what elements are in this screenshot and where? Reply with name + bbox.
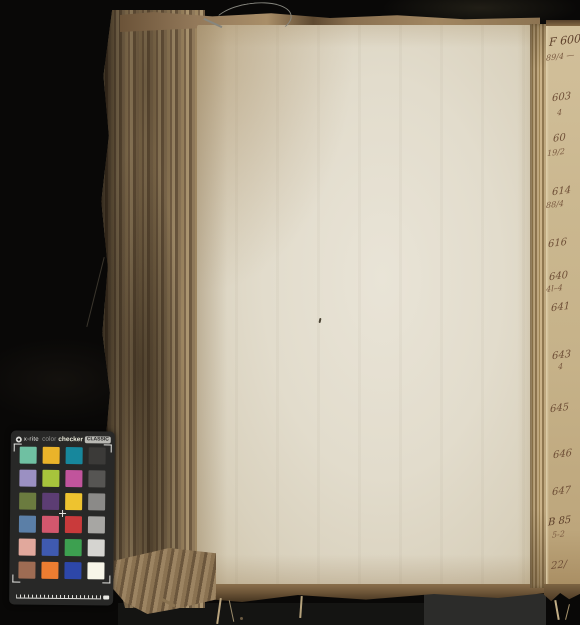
classic-badge: CLASSIC bbox=[85, 436, 111, 443]
color-swatch-dark-skin bbox=[18, 562, 35, 579]
handwritten-number: 4 bbox=[557, 108, 562, 118]
colorchecker-card: x-rite color checker CLASSIC bbox=[9, 430, 115, 605]
handwritten-number: 614 bbox=[552, 185, 571, 198]
photo-background: F 600 89/4 — 603 4 60 19/2 614 88/4 616 … bbox=[0, 0, 580, 625]
color-swatch-yellow bbox=[65, 493, 82, 510]
handwritten-number: 616 bbox=[548, 237, 567, 250]
color-swatch-bluish-green bbox=[20, 447, 37, 464]
color-swatch-magenta bbox=[65, 470, 82, 487]
handwritten-number: 22/ bbox=[551, 559, 567, 572]
color-swatch-foliage bbox=[19, 493, 36, 510]
handwritten-number: B 85 bbox=[548, 515, 571, 529]
handwritten-number: 647 bbox=[552, 485, 571, 498]
color-swatch-cyan bbox=[66, 447, 83, 464]
facing-page-torn-bottom bbox=[544, 584, 580, 602]
color-swatch-blue-sky bbox=[19, 516, 36, 533]
colorchecker-header: x-rite color checker CLASSIC bbox=[16, 434, 111, 446]
floor-patch bbox=[424, 594, 546, 625]
color-swatch-light-skin bbox=[19, 539, 36, 556]
color-swatch-green bbox=[65, 539, 82, 556]
ruler-end-label bbox=[103, 595, 109, 599]
facing-page-sliver: F 600 89/4 — 603 4 60 19/2 614 88/4 616 … bbox=[546, 26, 580, 586]
handwritten-number: 4l–4 bbox=[546, 283, 563, 294]
xrite-brand-text: x-rite bbox=[24, 436, 39, 442]
color-swatch-yellow-green bbox=[42, 470, 59, 487]
center-cross-marker bbox=[59, 510, 66, 517]
blank-book-page bbox=[197, 25, 534, 588]
color-swatch-neutral-8 bbox=[88, 539, 105, 556]
color-swatch-red bbox=[65, 516, 82, 533]
loose-thread bbox=[554, 600, 559, 620]
color-swatch-orange bbox=[41, 562, 58, 579]
handwritten-number: 60 bbox=[553, 132, 566, 145]
color-swatch-moderate-red bbox=[42, 516, 59, 533]
color-swatch-neutral-5 bbox=[88, 493, 105, 510]
xrite-logo: x-rite bbox=[16, 436, 39, 442]
handwritten-number: 640 bbox=[549, 270, 568, 283]
xrite-logo-icon bbox=[16, 436, 22, 442]
debris-speck bbox=[240, 617, 243, 620]
color-swatch-purplish-blue bbox=[42, 539, 59, 556]
loose-thread bbox=[565, 604, 570, 620]
color-swatch-black bbox=[89, 447, 106, 464]
color-swatch-orange-yellow bbox=[43, 447, 60, 464]
handwritten-number: 646 bbox=[553, 448, 572, 461]
handwritten-number: 645 bbox=[550, 402, 569, 415]
ruler-scale bbox=[16, 593, 101, 600]
wordmark-color: color bbox=[42, 436, 56, 443]
handwritten-number: 603 bbox=[552, 91, 571, 104]
colorchecker-wordmark: color checker CLASSIC bbox=[42, 436, 111, 444]
color-swatch-blue-flower bbox=[19, 470, 36, 487]
color-swatch-blue bbox=[64, 562, 81, 579]
handwritten-number: 88/4 bbox=[546, 199, 564, 210]
page-speck bbox=[319, 318, 322, 323]
handwritten-number: F 600 bbox=[549, 32, 580, 49]
color-swatch-neutral-3-5 bbox=[88, 470, 105, 487]
handwritten-number: 19/2 bbox=[547, 147, 565, 158]
color-swatch-purple bbox=[42, 493, 59, 510]
handwritten-number: 643 bbox=[552, 349, 571, 362]
wordmark-checker: checker bbox=[58, 436, 83, 443]
color-swatch-neutral-6-5 bbox=[88, 516, 105, 533]
loose-thread bbox=[86, 257, 104, 327]
handwritten-number: 89/4 — bbox=[546, 50, 574, 63]
handwritten-number: 5-2 bbox=[552, 529, 565, 540]
color-swatch-white bbox=[87, 562, 104, 579]
handwritten-number: 641 bbox=[551, 301, 570, 314]
handwritten-number: 4 bbox=[558, 362, 563, 372]
